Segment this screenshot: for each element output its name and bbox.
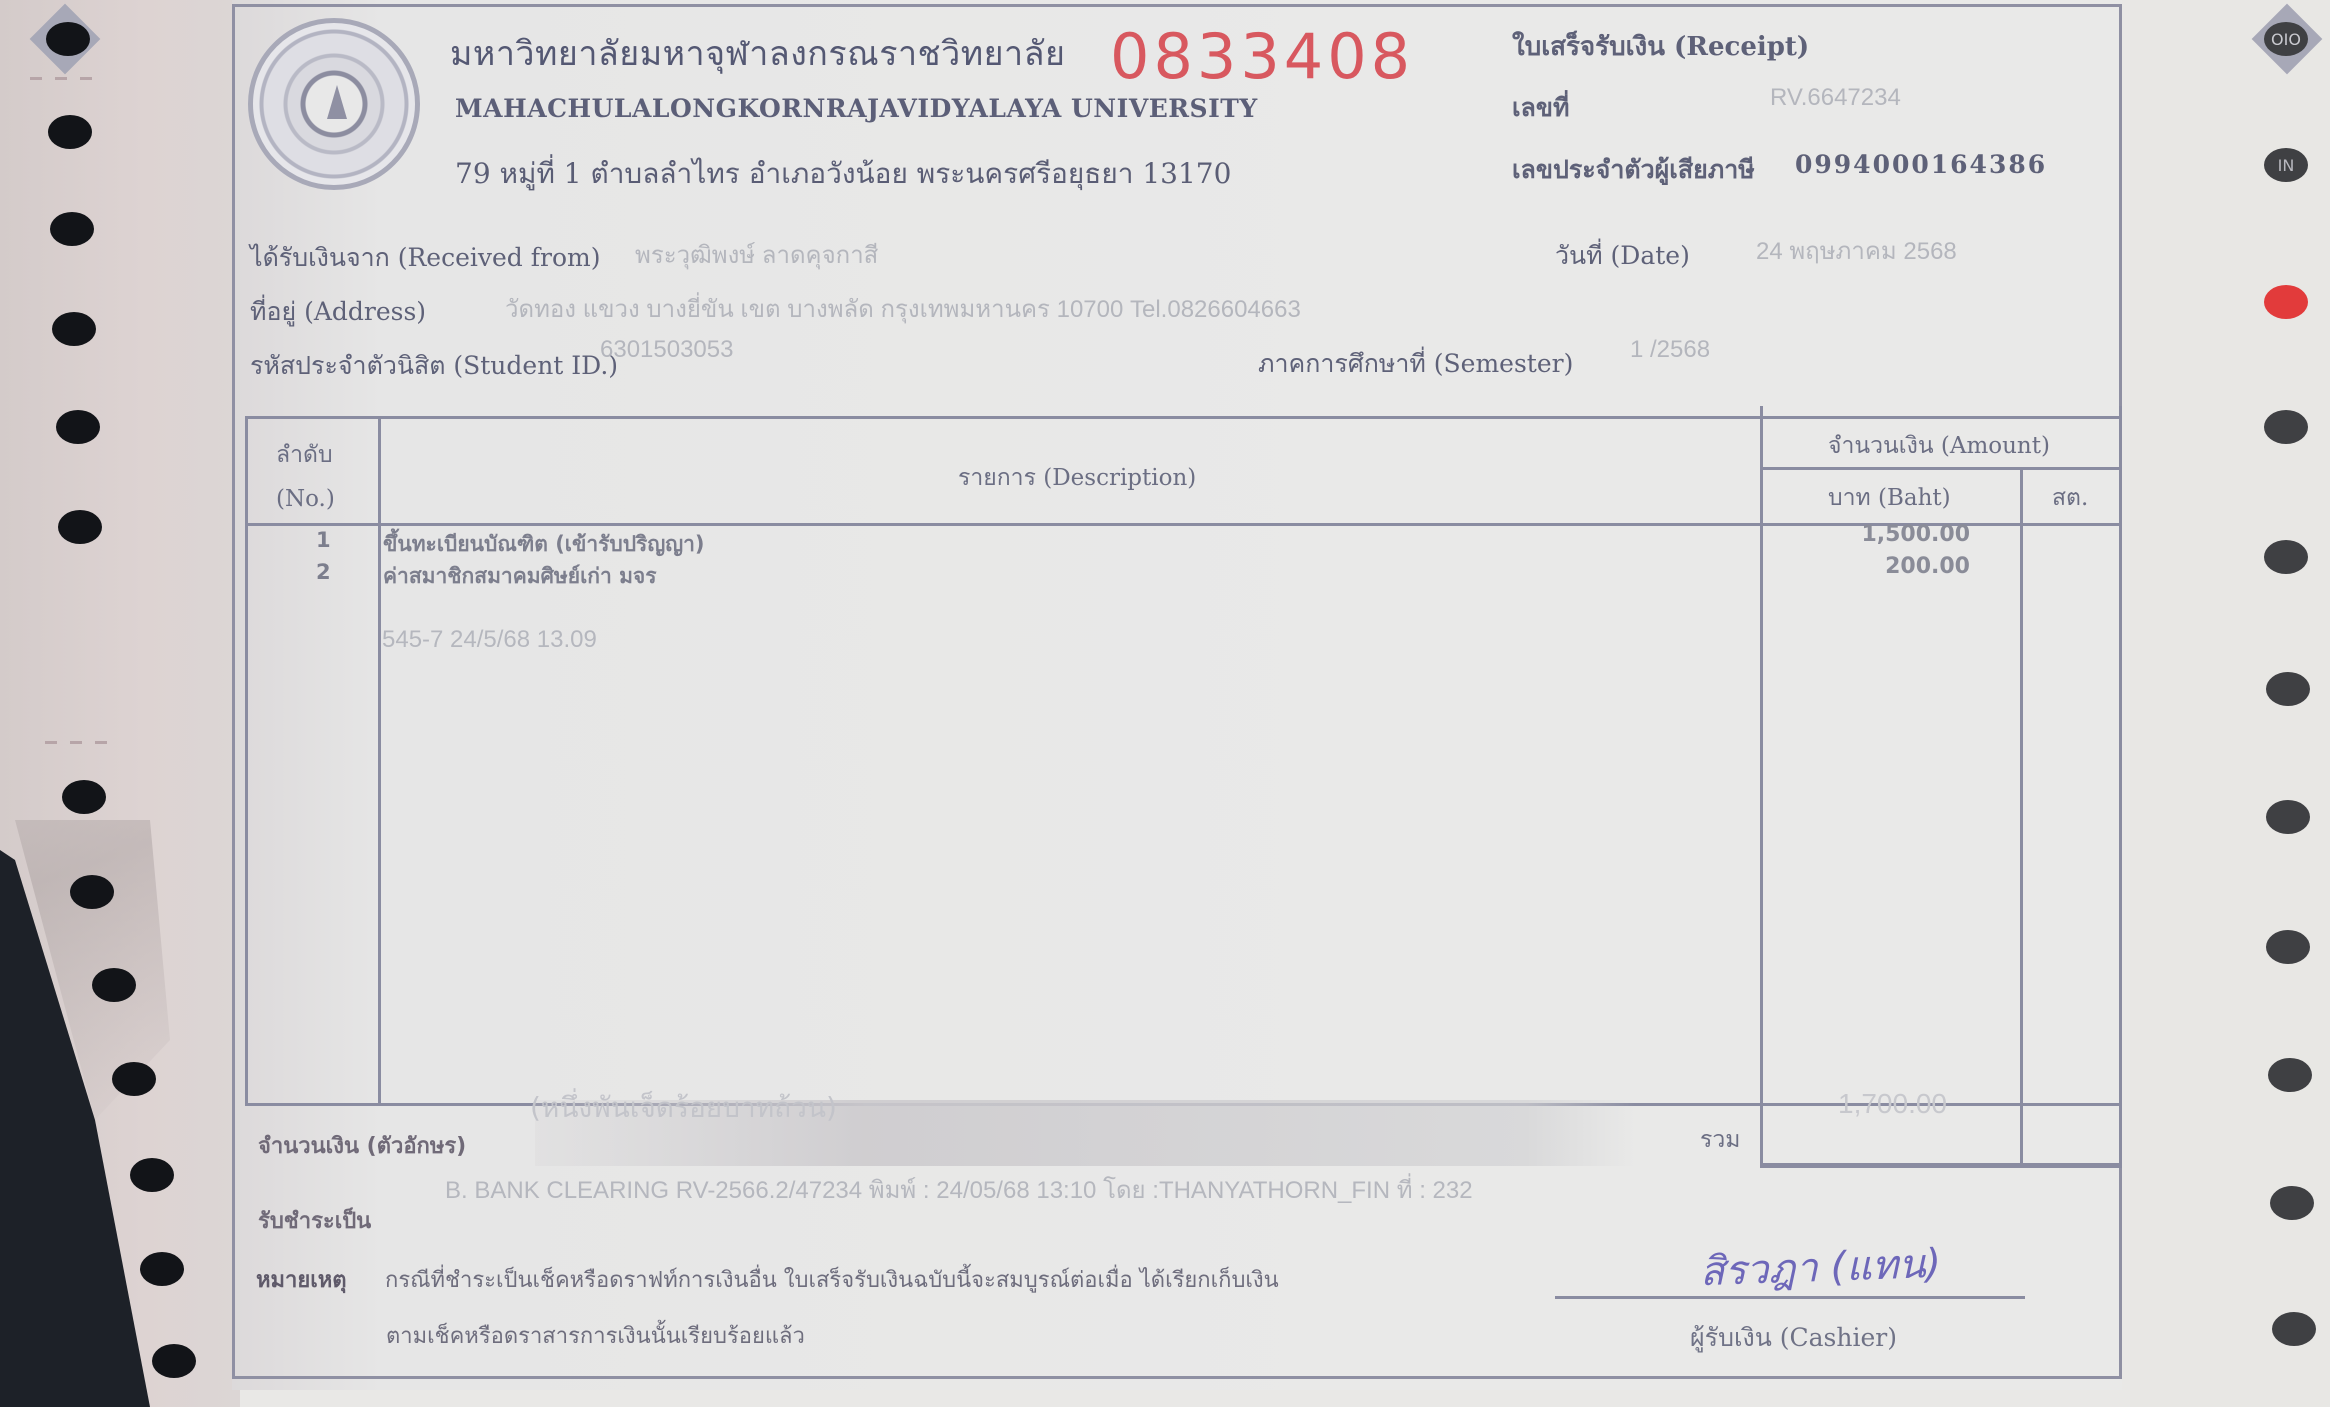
- table-right-border: [2119, 406, 2122, 1166]
- total-value: 1,700.00: [1838, 1088, 1947, 1120]
- feed-hole: [62, 780, 106, 814]
- col-no-header-th: ลำดับ: [276, 437, 333, 473]
- feed-hole: [112, 1062, 156, 1096]
- tax-id-value: 0994000164386: [1795, 150, 2047, 179]
- table-header-bottom-border: [245, 523, 2122, 526]
- col-satang-header: สต.: [2052, 480, 2088, 516]
- note-line-1: กรณีที่ชำระเป็นเช็คหรือดราฟท์การเงินอื่น…: [385, 1262, 1279, 1297]
- feed-hole: [2266, 930, 2310, 964]
- feed-hole: [58, 510, 102, 544]
- feed-hole: [56, 410, 100, 444]
- address-value: วัดทอง แขวง บางยี่ขัน เขต บางพลัด กรุงเท…: [505, 289, 1301, 328]
- col-no-header-en: (No.): [276, 486, 335, 512]
- column-divider-amount: [1760, 406, 1763, 1166]
- feed-hole: [140, 1252, 184, 1286]
- feed-hole: [46, 22, 90, 56]
- student-id-value: 6301503053: [600, 336, 733, 364]
- row-no: 2: [316, 560, 331, 584]
- feed-hole-labeled: IN: [2264, 148, 2308, 182]
- payment-method-value: B. BANK CLEARING RV-2566.2/47234 พิมพ์ :…: [445, 1170, 1473, 1209]
- student-id-label: รหัสประจำตัวนิสิต (Student ID.): [250, 346, 618, 386]
- feed-hole: [48, 115, 92, 149]
- date-value: 24 พฤษภาคม 2568: [1756, 231, 1957, 270]
- perforation-mark: [95, 741, 107, 744]
- row-description: ค่าสมาชิกสมาคมศิษย์เก่า มจร: [383, 560, 657, 593]
- row-no: 1: [316, 528, 331, 552]
- receipt-no-value: RV.6647234: [1770, 84, 1901, 112]
- feed-hole: [2272, 1312, 2316, 1346]
- table-top-border: [245, 416, 2122, 419]
- semester-value: 1 /2568: [1630, 336, 1710, 364]
- feed-hole: [130, 1158, 174, 1192]
- feed-hole: [2264, 410, 2308, 444]
- transaction-memo: 545-7 24/5/68 13.09: [382, 626, 597, 654]
- university-name-english: MAHACHULALONGKORNRAJAVIDYALAYA UNIVERSIT…: [455, 94, 1258, 123]
- cashier-signature: สิรวฎา (แทน): [1699, 1231, 1942, 1303]
- perforation-mark: [70, 741, 82, 744]
- perforation-mark: [45, 741, 57, 744]
- feed-hole: [2270, 1186, 2314, 1220]
- feed-hole: [2264, 540, 2308, 574]
- feed-hole: [92, 968, 136, 1002]
- note-label: หมายเหตุ: [256, 1262, 347, 1297]
- address-label: ที่อยู่ (Address): [250, 292, 426, 332]
- university-seal-icon: [248, 18, 420, 190]
- perforation-mark: [55, 77, 67, 80]
- semester-label: ภาคการศึกษาที่ (Semester): [1258, 344, 1573, 384]
- col-amount-header: จำนวนเงิน (Amount): [1828, 428, 2050, 464]
- received-from-value: พระวุฒิพงษ์ ลาดคุจกาสี: [635, 235, 878, 274]
- perforation-mark: [30, 77, 42, 80]
- col-description-header: รายการ (Description): [958, 460, 1196, 496]
- feed-hole: [50, 212, 94, 246]
- form-serial-number: 0833408: [1110, 20, 1414, 93]
- feed-hole: [152, 1344, 196, 1378]
- row-description: ขึ้นทะเบียนบัณฑิต (เข้ารับปริญญา): [383, 528, 705, 561]
- row-amount-baht: 200.00: [1850, 554, 1970, 579]
- date-label: วันที่ (Date): [1555, 236, 1690, 276]
- stupa-icon: [327, 85, 347, 119]
- amount-words-label: จำนวนเงิน (ตัวอักษร): [258, 1128, 466, 1163]
- table-left-border: [245, 416, 248, 1106]
- perforation-mark: [80, 77, 92, 80]
- column-divider-no: [378, 416, 381, 1106]
- feed-hole: [52, 312, 96, 346]
- cashier-label: ผู้รับเงิน (Cashier): [1690, 1318, 1897, 1358]
- note-line-2: ตามเช็คหรือดราสารการเงินนั้นเรียบร้อยแล้…: [386, 1318, 805, 1353]
- amount-words-value: (หนึ่งพันเจ็ดร้อยบาทถ้วน): [530, 1086, 837, 1130]
- feed-hole: [2268, 1058, 2312, 1092]
- tax-id-label: เลขประจำตัวผู้เสียภาษี: [1512, 150, 1755, 190]
- row-amount-baht: 1,500.00: [1850, 522, 1970, 547]
- red-marker-dot: [2264, 285, 2308, 319]
- col-baht-header: บาท (Baht): [1828, 480, 1951, 516]
- payment-method-label: รับชำระเป็น: [258, 1203, 371, 1238]
- amount-subheader-divider: [1760, 467, 2122, 470]
- column-divider-satang: [2020, 467, 2023, 1167]
- receipt-no-label: เลขที่: [1512, 88, 1569, 128]
- received-from-label: ได้รับเงินจาก (Received from): [250, 238, 600, 278]
- total-row-bottom-border: [1760, 1163, 2122, 1168]
- feed-hole: [2266, 672, 2310, 706]
- feed-hole-labeled: OIO: [2264, 22, 2308, 56]
- feed-hole: [2266, 800, 2310, 834]
- feed-hole: [70, 875, 114, 909]
- document-type-label: ใบเสร็จรับเงิน (Receipt): [1512, 26, 1809, 67]
- total-label: รวม: [1700, 1122, 1740, 1158]
- university-address: 79 หมู่ที่ 1 ตำบลลำไทร อำเภอวังน้อย พระน…: [455, 152, 1231, 196]
- university-name-thai: มหาวิทยาลัยมหาจุฬาลงกรณราชวิทยาลัย: [450, 26, 1065, 80]
